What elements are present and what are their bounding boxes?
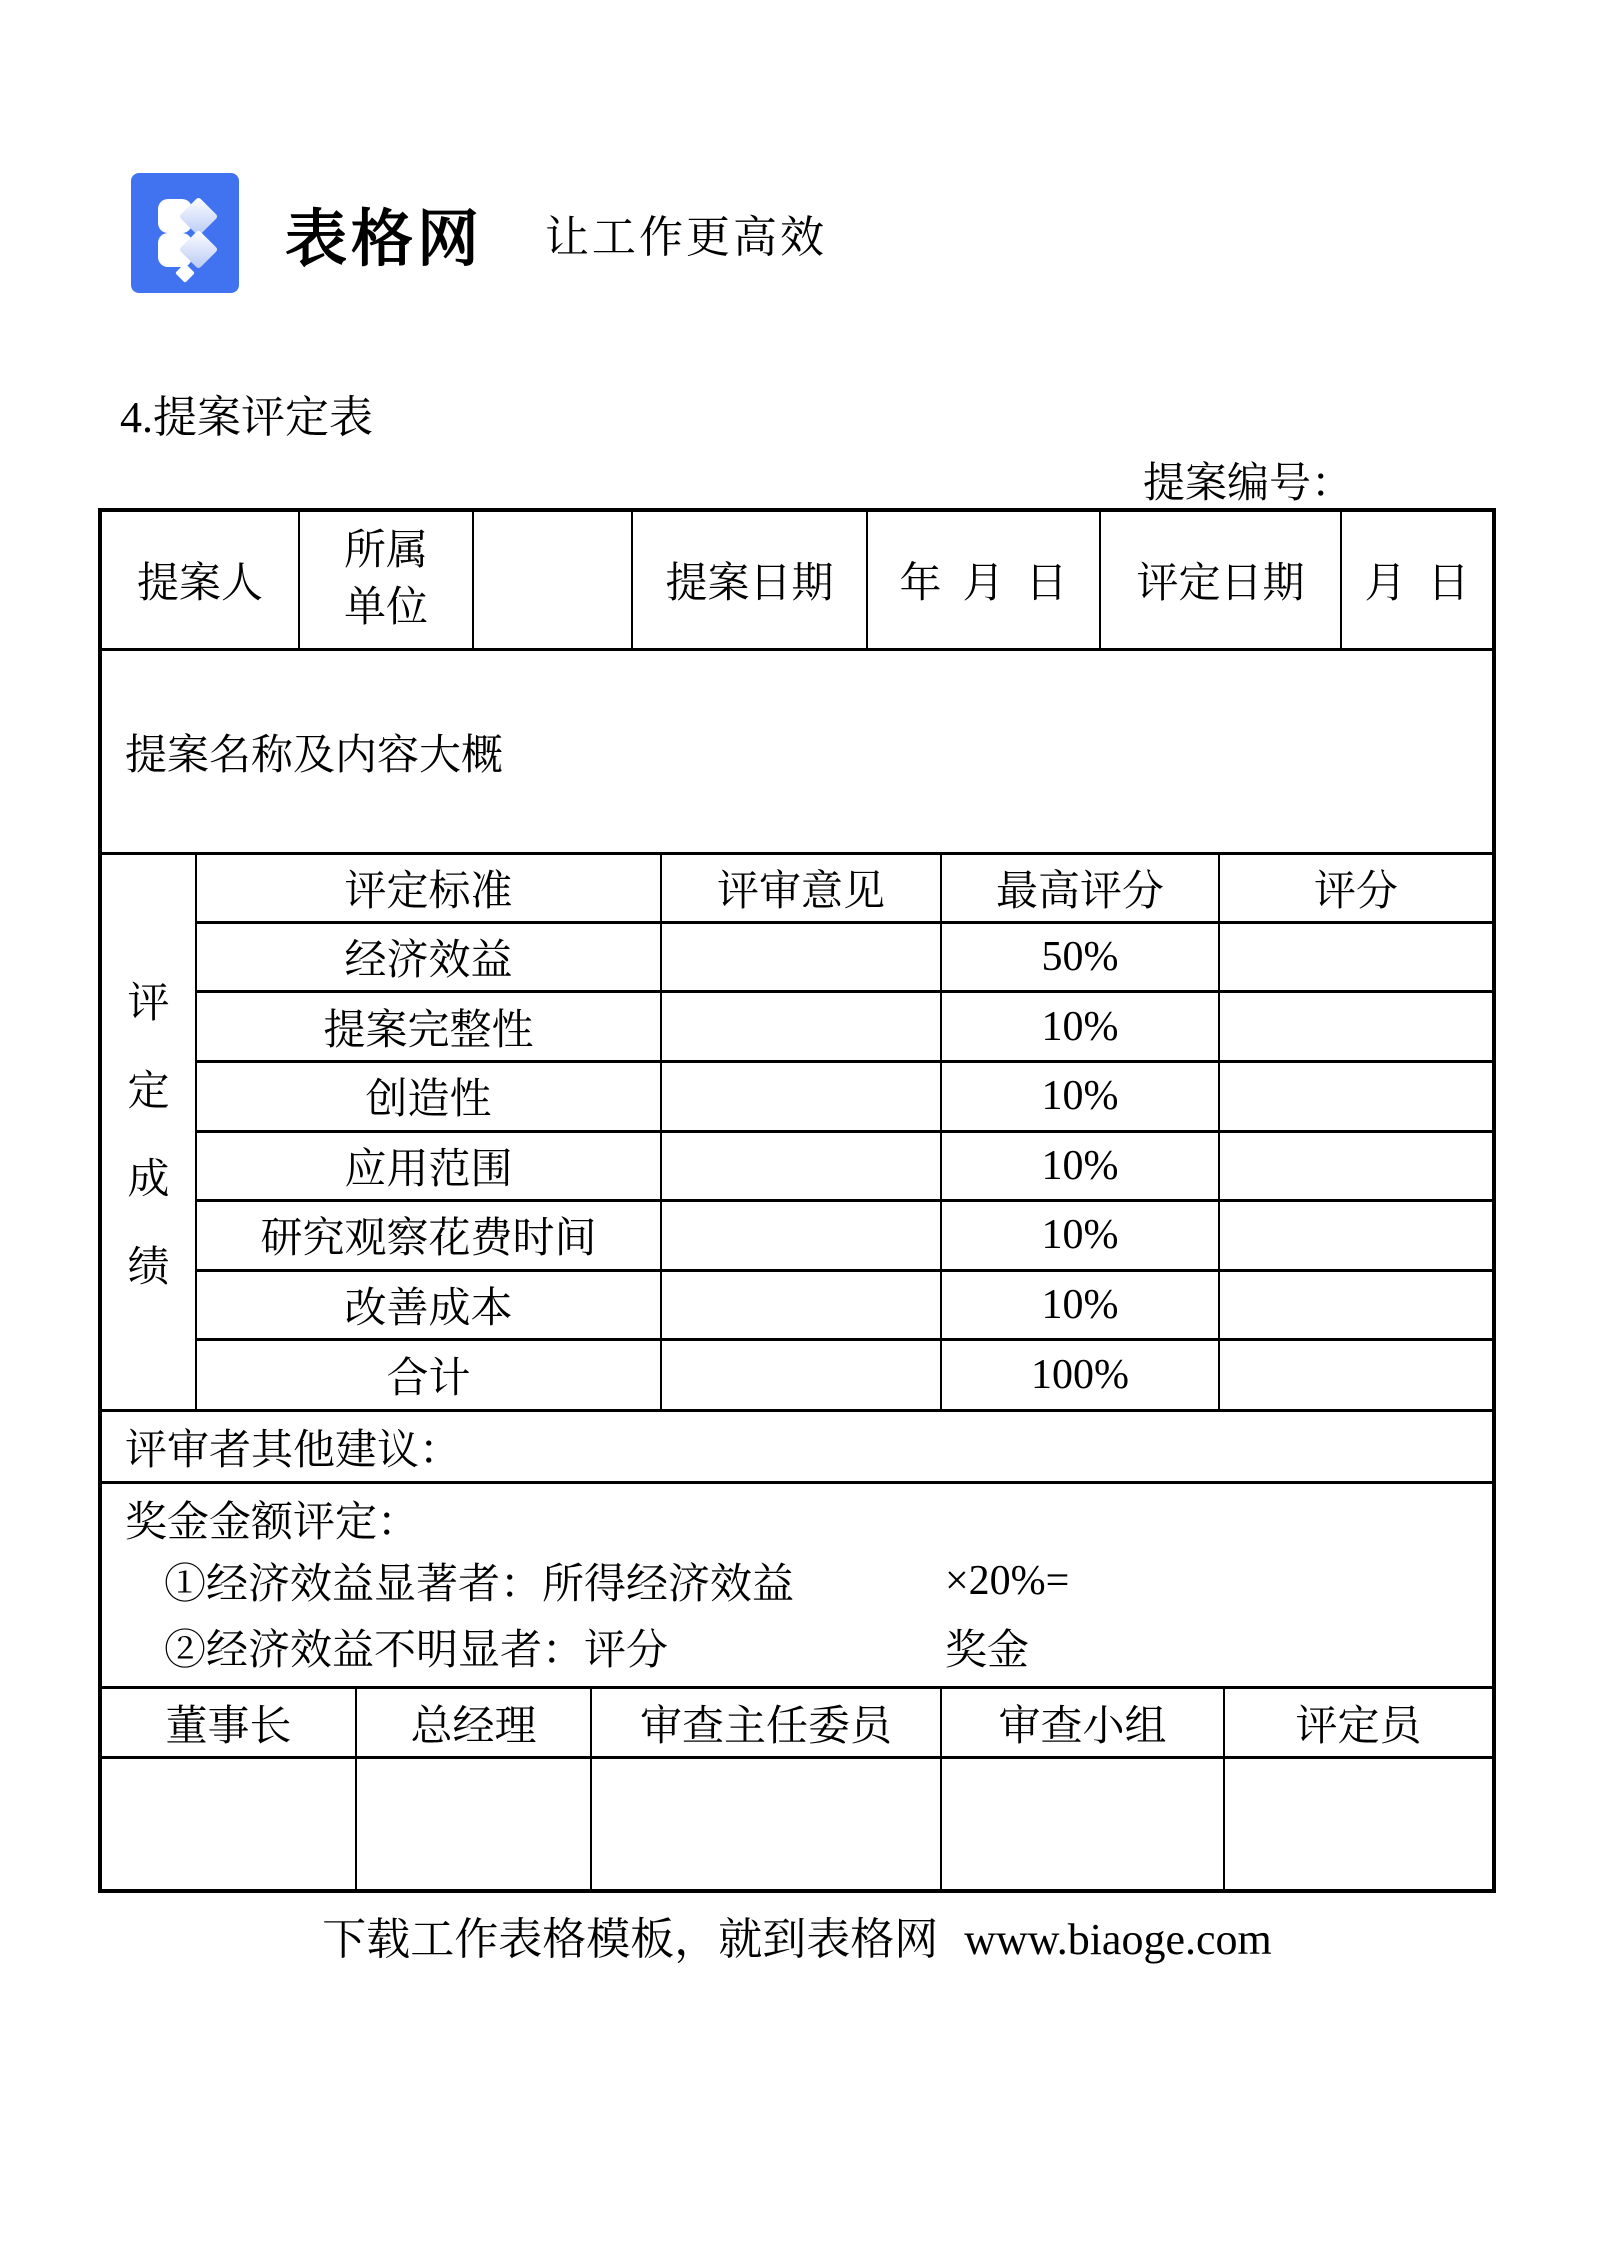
page-title: 4.提案评定表 (120, 381, 373, 445)
signature-blank-row (102, 1759, 1492, 1889)
bonus-section: 奖金金额评定： ①经济效益显著者：所得经济效益 ×20%= ②经济效益不明显者：… (102, 1484, 1492, 1689)
side-label-char: 成 (127, 1146, 169, 1206)
score-cell (1220, 1341, 1492, 1409)
rating-row: 改善成本 10% (197, 1272, 1492, 1342)
rating-section: 评 定 成 绩 评定标准 评审意见 最高评分 评分 经济效益 50% (102, 855, 1492, 1412)
rating-header-row: 评定标准 评审意见 最高评分 评分 (197, 855, 1492, 924)
signature-evaluator: 评定员 (1225, 1689, 1492, 1756)
proposal-number-label: 提案编号： (1143, 450, 1353, 510)
bonus-line-2-suffix: 奖金 (945, 1614, 1029, 1680)
unit-value-cell (474, 512, 633, 648)
info-row: 提案人 所属单位 提案日期 年 月 日 评定日期 月 日 (102, 512, 1492, 651)
score-cell (1220, 924, 1492, 991)
signature-blank-cell (942, 1759, 1225, 1889)
score-cell (1220, 993, 1492, 1060)
suggestions-row: 评审者其他建议： (102, 1412, 1492, 1484)
opinion-cell (662, 1063, 942, 1130)
bonus-line-1-formula: ×20%= (945, 1548, 1069, 1614)
unit-label-cell: 所属单位 (300, 512, 474, 648)
rating-side-label: 评 定 成 绩 (102, 855, 197, 1409)
proposal-evaluation-table: 提案人 所属单位 提案日期 年 月 日 评定日期 月 日 提案名称及内容大概 评… (98, 508, 1496, 1893)
rating-row: 应用范围 10% (197, 1133, 1492, 1203)
criterion-cell: 改善成本 (197, 1272, 662, 1339)
suggestions-label: 评审者其他建议： (102, 1412, 1492, 1481)
score-cell (1220, 1202, 1492, 1269)
side-label-char: 评 (127, 970, 169, 1030)
bonus-title: 奖金金额评定： (102, 1490, 1492, 1548)
brand-header: 表格网 让工作更高效 (131, 173, 827, 293)
score-cell (1220, 1272, 1492, 1339)
max-score-cell: 10% (942, 993, 1220, 1060)
bonus-line-2-label: ②经济效益不明显者：评分 (164, 1617, 668, 1677)
score-cell (1220, 1133, 1492, 1200)
score-cell (1220, 1063, 1492, 1130)
signature-blank-cell (592, 1759, 942, 1889)
header-opinion: 评审意见 (662, 855, 942, 921)
rating-grid: 评定标准 评审意见 最高评分 评分 经济效益 50% 提案完整性 10% (197, 855, 1492, 1409)
footer-url: www.biaoge.com (964, 1915, 1272, 1964)
footer-text: 下载工作表格模板，就到表格网 (322, 1915, 938, 1964)
criterion-cell: 经济效益 (197, 924, 662, 991)
evaluation-date-label-cell: 评定日期 (1101, 512, 1342, 648)
side-label-char: 定 (127, 1058, 169, 1118)
summary-row: 提案名称及内容大概 (102, 651, 1492, 855)
rating-row: 经济效益 50% (197, 924, 1492, 994)
bonus-line-2: ②经济效益不明显者：评分 奖金 (102, 1614, 1492, 1680)
proposer-label-cell: 提案人 (102, 512, 300, 648)
evaluation-date-value-cell: 月 日 (1342, 512, 1492, 648)
criterion-cell: 应用范围 (197, 1133, 662, 1200)
rating-row: 研究观察花费时间 10% (197, 1202, 1492, 1272)
opinion-cell (662, 924, 942, 991)
page-footer: 下载工作表格模板，就到表格网www.biaoge.com (98, 1903, 1496, 1967)
criterion-cell: 研究观察花费时间 (197, 1202, 662, 1269)
max-score-cell: 100% (942, 1341, 1220, 1409)
signature-review-chief: 审查主任委员 (592, 1689, 942, 1756)
signature-review-team: 审查小组 (942, 1689, 1225, 1756)
brand-tagline: 让工作更高效 (545, 201, 827, 265)
rating-row-total: 合计 100% (197, 1341, 1492, 1409)
max-score-cell: 10% (942, 1133, 1220, 1200)
signature-blank-cell (1225, 1759, 1492, 1889)
max-score-cell: 10% (942, 1063, 1220, 1130)
signature-chairman: 董事长 (102, 1689, 357, 1756)
criterion-cell: 创造性 (197, 1063, 662, 1130)
criterion-cell: 提案完整性 (197, 993, 662, 1060)
header-max-score: 最高评分 (942, 855, 1220, 921)
opinion-cell (662, 1133, 942, 1200)
header-score: 评分 (1220, 855, 1492, 921)
bonus-line-1: ①经济效益显著者：所得经济效益 ×20%= (102, 1548, 1492, 1614)
signature-general-manager: 总经理 (357, 1689, 592, 1756)
criterion-cell: 合计 (197, 1341, 662, 1409)
header-criterion: 评定标准 (197, 855, 662, 921)
max-score-cell: 10% (942, 1202, 1220, 1269)
rating-row: 创造性 10% (197, 1063, 1492, 1133)
signature-blank-cell (357, 1759, 592, 1889)
side-label-char: 绩 (127, 1234, 169, 1294)
rating-row: 提案完整性 10% (197, 993, 1492, 1063)
unit-label: 所属单位 (338, 523, 434, 636)
document-page: 表格网 让工作更高效 4.提案评定表 提案编号： 提案人 所属单位 提案日期 年… (0, 0, 1600, 2264)
opinion-cell (662, 1341, 942, 1409)
summary-label: 提案名称及内容大概 (102, 651, 1492, 852)
opinion-cell (662, 1202, 942, 1269)
bonus-line-1-label: ①经济效益显著者：所得经济效益 (164, 1551, 794, 1611)
max-score-cell: 10% (942, 1272, 1220, 1339)
biaoge-logo-icon (131, 173, 239, 293)
max-score-cell: 50% (942, 924, 1220, 991)
opinion-cell (662, 993, 942, 1060)
proposal-date-value-cell: 年 月 日 (868, 512, 1101, 648)
brand-name: 表格网 (285, 189, 483, 278)
proposal-date-label-cell: 提案日期 (633, 512, 868, 648)
signature-blank-cell (102, 1759, 357, 1889)
signature-header-row: 董事长 总经理 审查主任委员 审查小组 评定员 (102, 1689, 1492, 1759)
opinion-cell (662, 1272, 942, 1339)
